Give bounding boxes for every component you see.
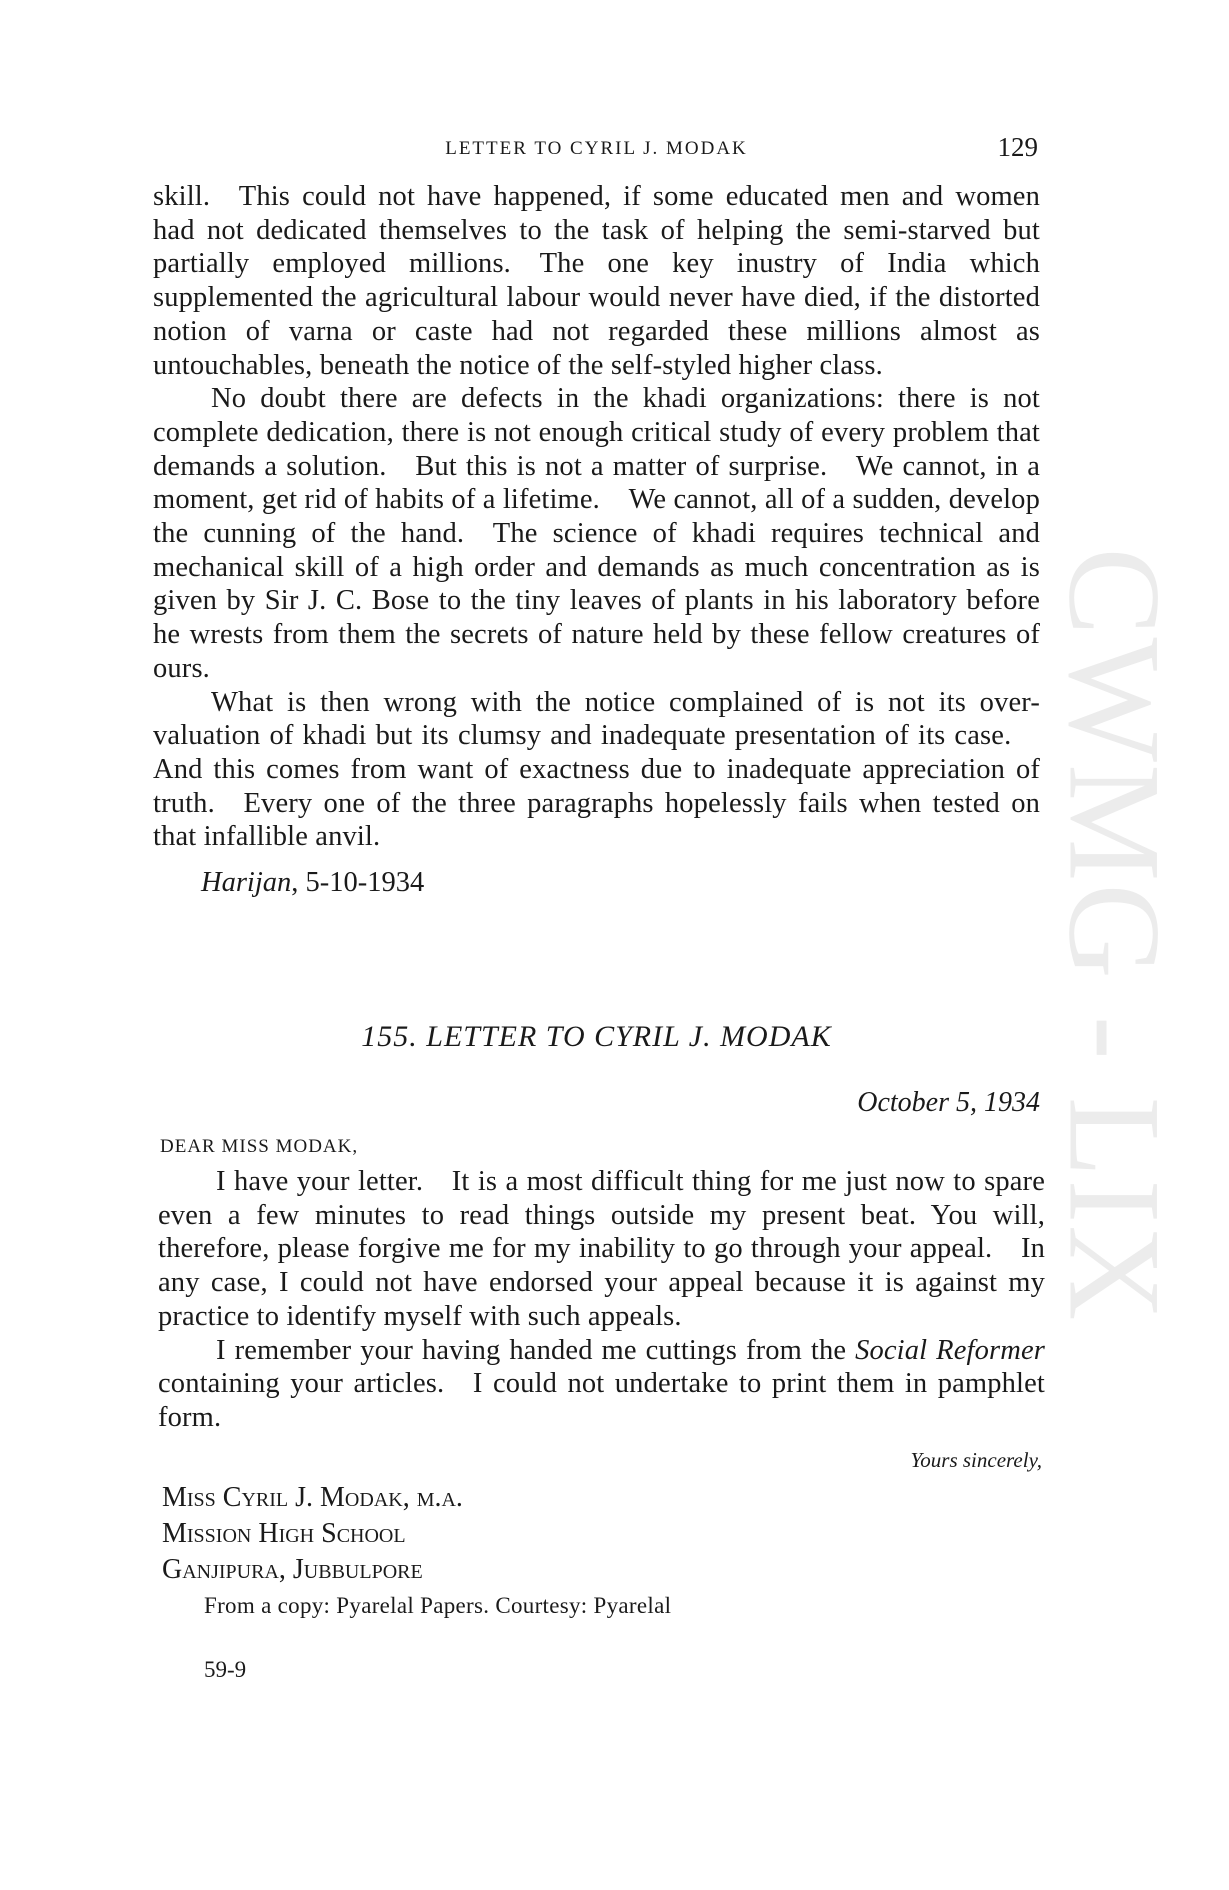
paragraph: What is then wrong with the notice compl… [153,686,1040,855]
running-head: Letter to Cyril J. Modak 129 [153,132,1040,164]
letter-body: I have your letter. It is a most difficu… [158,1165,1045,1435]
address-line: Mission High School [162,1516,463,1552]
watermark: CWMG - LIX [1040,470,1190,1400]
salutation: DEAR MISS MODAK, [160,1136,358,1158]
page-number: 129 [998,132,1039,163]
address-line: Miss Cyril J. Modak, m.a. [162,1480,463,1516]
publication-title: Social Reformer [855,1335,1045,1366]
previous-article-body: skill. This could not have happened, if … [153,180,1040,900]
document-page: CWMG - LIX Letter to Cyril J. Modak 129 … [0,0,1229,1890]
paragraph: I have your letter. It is a most difficu… [158,1165,1045,1334]
closing: Yours sincerely, [911,1448,1042,1473]
recipient-address: Miss Cyril J. Modak, m.a. Mission High S… [162,1480,463,1588]
source-date: , 5-10-1934 [291,867,424,898]
paragraph-text: I remember your having handed me cutting… [216,1335,855,1366]
paragraph: I remember your having handed me cutting… [158,1334,1045,1435]
signature-mark: 59-9 [204,1657,246,1683]
paragraph: skill. This could not have happened, if … [153,180,1040,382]
address-line: Ganjipura, Jubbulpore [162,1552,463,1588]
letter-date: October 5, 1934 [857,1087,1040,1119]
paragraph-text: containing your articles. I could not un… [158,1368,1045,1433]
provenance-note: From a copy: Pyarelal Papers. Courtesy: … [204,1593,671,1619]
source-citation: Harijan, 5-10-1934 [201,866,1040,900]
watermark-text: CWMG - LIX [1039,547,1192,1322]
paragraph: No doubt there are defects in the khadi … [153,382,1040,685]
letter-title: 155. LETTER TO CYRIL J. MODAK [153,1020,1040,1054]
running-head-title: Letter to Cyril J. Modak [153,138,1040,160]
source-publication: Harijan [201,867,291,898]
